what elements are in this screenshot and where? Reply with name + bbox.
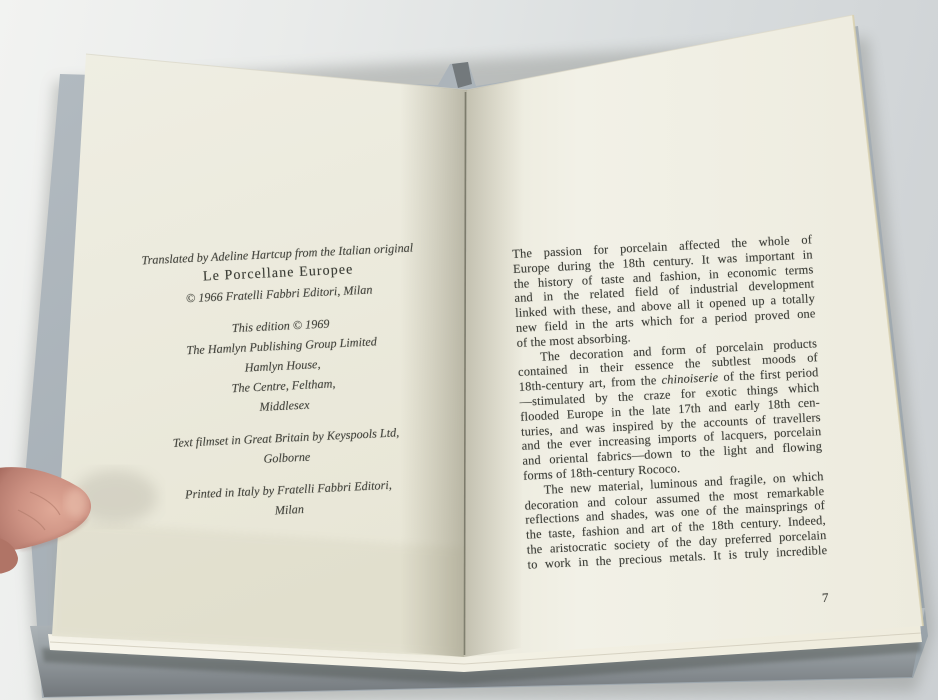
paragraph-indent [524,483,538,498]
word: proved [754,308,790,325]
word: incredible [776,543,828,560]
word: was [717,251,737,267]
word: the [592,316,608,332]
word: the [688,519,704,535]
word: The [512,246,532,262]
word: the [628,404,644,420]
word: on [773,471,786,486]
left-page-text: Translated by Adeline Hartcup from the I… [127,237,440,539]
word: of [801,232,812,247]
word: was [654,506,674,522]
word: field [544,318,568,334]
gutter-shadow-right [464,79,524,657]
word: precious [618,551,662,568]
word: field [635,284,659,300]
word: for [593,242,609,258]
word: totally [782,291,815,307]
word: early [734,398,760,414]
word: for [679,312,695,328]
word: most [733,487,758,503]
page-number: 7 [822,590,829,606]
word: The [540,348,560,364]
word: which [788,380,820,396]
imprint-group: Translated by Adeline Hartcup from the I… [127,237,429,311]
word: all [677,298,691,313]
word: imports [657,431,697,448]
word: light [723,443,747,459]
gutter-fold-line [465,92,466,655]
word: is [728,547,737,562]
word: flooded [520,408,560,425]
word: the [699,444,715,460]
word: the [526,527,542,543]
imprint-group: Printed in Italy by Fratelli Fabbri Edit… [138,473,440,527]
word: the [526,542,542,558]
word: and [708,399,727,415]
word: the [685,356,701,372]
word: one [681,505,700,521]
word: the [731,236,747,252]
word: the [563,288,579,304]
word: and [521,438,540,454]
word: moods [762,352,796,368]
word: and [522,453,541,469]
imprint-group: This edition © 1969The Hamlyn Publishing… [130,309,434,423]
word: ever [569,436,592,452]
word: the [709,488,725,504]
word: It [701,252,710,267]
word: terms [785,262,814,278]
word: craze [643,387,671,403]
word: new [516,320,538,336]
word: with [553,303,576,319]
word: 18th [622,255,645,271]
word: of [814,498,825,513]
word: was [585,420,605,436]
word: in [578,554,589,569]
word: it [696,297,704,312]
word: of [581,273,592,288]
word: things [747,382,779,398]
word: of [695,341,706,356]
word: and [633,344,652,360]
word: 18th [767,396,790,412]
word: whole [758,233,790,249]
word: and [560,422,579,438]
word: by [595,390,608,405]
word: in [611,405,622,420]
word: porcelain [716,338,764,355]
paragraph-indent [517,350,531,365]
word: to [527,557,538,572]
word: of [657,536,668,551]
word: period [714,310,747,326]
word: up [752,294,765,309]
word: a [701,312,707,327]
right-page-text: Thepassionforporcelainaffectedthewholeof… [512,232,828,572]
word: day [699,533,718,549]
word: in [543,289,554,304]
word: taste [601,271,625,287]
word: and [587,494,606,510]
word: the [513,276,529,292]
word: of [706,504,717,519]
word: in [575,318,586,333]
word: fragile, [729,472,766,489]
word: the [547,437,563,453]
word: 17th [678,401,701,417]
word: above [641,298,672,314]
word: of [668,283,679,298]
word: form [661,342,686,358]
word: affected [679,237,721,254]
word: during [557,258,591,274]
word: work [545,555,572,571]
word: of [755,412,766,427]
word: and [704,474,723,490]
word: and [617,300,636,316]
word: and [755,442,774,458]
word: art [651,521,665,536]
word: the [641,373,657,389]
word: The [543,482,563,498]
word: a [770,293,776,308]
word: the [618,389,634,405]
word: in [709,267,720,282]
word: for [680,386,696,402]
word: taste, [548,525,575,541]
word: the [739,368,755,384]
word: cen- [798,395,821,411]
word: truly [744,546,769,562]
word: new [570,480,592,496]
word: exotic [705,384,737,400]
word: art, [589,376,606,392]
word: the [676,535,692,551]
word: by [660,417,673,432]
word: and [632,270,651,286]
word: from [611,374,636,390]
word: their [600,360,624,376]
word: the [599,257,615,273]
word: which [792,469,824,485]
word: in [579,362,590,377]
word: one [797,306,816,322]
word: which [641,313,673,329]
word: It [713,548,722,563]
word: 18th [711,518,734,534]
book-photo: Translated by Adeline Hartcup from the I… [0,0,938,700]
word: the [595,553,611,569]
word: and [514,290,533,306]
thumb-highlight [65,488,87,518]
word: of [703,430,714,445]
word: flowing [782,439,822,456]
word: linked [515,305,548,321]
word: to [681,446,692,461]
word: of [807,351,818,366]
word: the [680,416,696,432]
word: century. [740,515,781,532]
word: in [802,247,813,262]
word: turies, [521,423,553,439]
word: of [671,520,682,535]
word: period [786,365,819,381]
word: of [723,369,734,384]
word: metals. [669,549,706,566]
word: the [723,503,739,519]
word: late [652,402,671,418]
word: colour [614,492,647,508]
word: and [586,509,605,525]
imprint-group: Text filmset in Great Britain by Keyspoo… [136,421,438,475]
word: arts [615,315,634,331]
word: these, [581,301,611,317]
word: first [760,367,781,383]
word: and [626,522,645,538]
